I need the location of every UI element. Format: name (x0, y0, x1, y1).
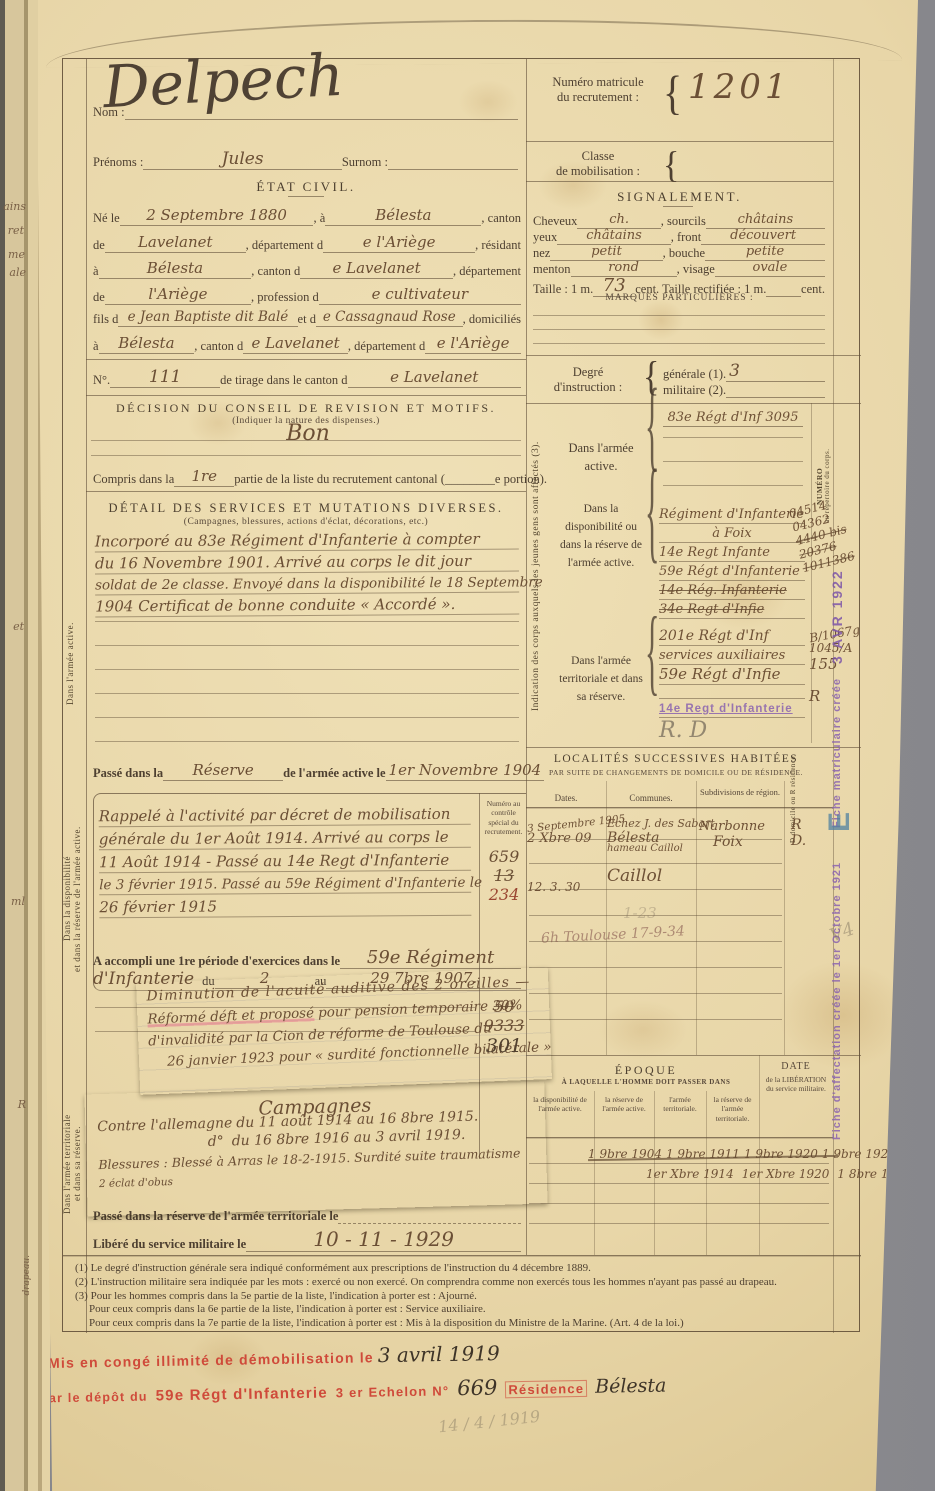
line (338, 1223, 521, 1224)
hand: 201e Régt d'Inf (659, 628, 769, 644)
line: 1re (174, 467, 234, 487)
line: e l'Ariège (425, 334, 521, 354)
printed: , domiciliés (463, 312, 521, 327)
printed: , résidant (475, 238, 521, 253)
printed: , département d (246, 238, 323, 253)
cell: Caillol (607, 866, 697, 886)
services-entry: Incorporé au 83e Régiment d'Infanterie à… (95, 528, 520, 618)
controle-number: 659 (483, 847, 525, 866)
ruled-line (95, 621, 519, 622)
hand: e cultivateur (372, 285, 468, 303)
printed: fils d (93, 312, 118, 327)
cell: R (791, 817, 821, 833)
hand: Bélesta (147, 259, 203, 277)
hand: 14e Rég. Infanterie (659, 583, 787, 598)
hand: l'Ariège (148, 285, 207, 303)
hand: Régiment d'Infanterie (659, 507, 804, 522)
line: 2 Septembre 1880 (120, 206, 314, 226)
stamp-hand-date: 3 avril 1919 (378, 1341, 500, 1367)
ep-header-rule (526, 1137, 833, 1139)
footnote-3: (3) Pour les hommes compris dans la 5e p… (75, 1290, 835, 1304)
line: e l'Ariège (323, 233, 475, 253)
prev-page-fragment: et (13, 620, 24, 633)
printed: Libéré du service militaire le (93, 1237, 246, 1252)
printed: Né le (93, 211, 120, 226)
marques-label: MARQUES PARTICULIÈRES : (526, 293, 833, 303)
hand-line: du 16 Novembre 1901. Arrivé au corps le … (95, 552, 471, 573)
periode-row1: A accompli une 1re période d'exercices d… (93, 947, 521, 969)
hand: 111 (149, 367, 181, 387)
brace: { (645, 449, 659, 578)
etat-line6: à Bélesta , canton d e Lavelanet , dépar… (93, 334, 521, 354)
etat-line4: de l'Ariège , profession d e cultivateur (93, 285, 521, 305)
line: e Lavelanet (348, 368, 521, 388)
brace: { (645, 600, 659, 709)
cell: 1er Xbre 1914 (646, 1167, 734, 1181)
footnote-1: (1) Le degré d'instruction générale sera… (75, 1262, 835, 1276)
campagnes-note: Campagnes Contre l'allemagne du 11 août … (84, 1082, 547, 1217)
rule (526, 1055, 861, 1056)
hand: ch. (609, 212, 629, 227)
printed: de l'armée active le (283, 766, 385, 781)
rule (526, 141, 833, 142)
etat-civil-title: ÉTAT CIVIL. (86, 179, 526, 195)
hand-line: 1904 Certificat de bonne conduite « Acco… (95, 595, 455, 616)
hand: châtains (738, 212, 794, 227)
line (726, 397, 825, 398)
ruled-line (95, 645, 519, 646)
hand-line: 11 Août 1914 - Passé au 14e Regt d'Infan… (99, 851, 449, 871)
hand-line: générale du 1er Août 1914. Arrivé au cor… (99, 828, 449, 848)
printed: Passé dans la (93, 766, 163, 781)
ep-col4: la réserve de l'armée territoriale. (708, 1095, 757, 1123)
tirage-row: N°. 111 de tirage dans le canton d e Lav… (93, 367, 521, 388)
ruled-line (95, 741, 519, 742)
loc-col-line (784, 781, 785, 1055)
pencil-date: 14 / 4 / 1919 (437, 1407, 541, 1437)
hand-line: soldat de 2e classe. Envoyé dans la disp… (95, 574, 543, 593)
epoque-values-row2: 1er Xbre 1914 1er Xbre 1920 1 8bre 1926 (646, 1167, 846, 1181)
line: e Jean Baptiste dit Balé (118, 309, 297, 327)
loc-line (529, 967, 782, 968)
prev-page-fragment: drapeau. (22, 1255, 32, 1296)
ruled-line (91, 455, 521, 456)
loc-line (529, 1019, 782, 1020)
printed: , département d (348, 339, 425, 354)
title-underline (663, 206, 693, 207)
stamp-text: par le dépôt du (40, 1390, 148, 1406)
margin-stamps: Fiche d'affectation créée le 1er Octobre… (828, 240, 846, 1140)
loc-header-rule (526, 807, 833, 809)
printed: de (93, 290, 105, 305)
rule (526, 181, 833, 182)
cell: Foix (699, 834, 783, 850)
corps-active-label: Dans l'armée active. (555, 439, 647, 475)
corps-side-label: Indication des corps auxquels les jeunes… (531, 411, 541, 741)
section-rule (86, 359, 526, 360)
hand-line: le 3 février 1915. Passé au 59e Régiment… (99, 875, 482, 894)
matriculaire-stamp: Fiche matriculaire créée (831, 678, 843, 828)
name-signature: Delpech (103, 47, 344, 115)
ruled-line (533, 315, 825, 316)
hand: 59e Régt d'Infie (659, 665, 781, 683)
controle-number: 9333 (483, 1016, 525, 1035)
sidebar-territoriale-label2: et dans sa réserve. (72, 1089, 82, 1239)
matricule-label: Numéro matricule du recrutement : (533, 75, 663, 105)
sidebar-disponibilite-label1: Dans la disponibilité (62, 799, 72, 999)
line: Réserve (163, 761, 283, 781)
line: 10 - 11 - 1929 (246, 1227, 521, 1252)
ruled-line (663, 437, 803, 438)
classe-label: Classe de mobilisation : (533, 149, 663, 179)
ep-line (529, 1183, 829, 1184)
printed: N°. (93, 373, 110, 388)
hand: Réserve (193, 761, 254, 779)
cell: 12. 3. 30 (527, 880, 605, 894)
regiment-stamp: 14e Regt d'Infanterie (659, 703, 793, 715)
printed: de tirage dans le canton d (220, 373, 347, 388)
prev-page-fragment: R (18, 1098, 26, 1111)
printed: , canton d (194, 339, 243, 354)
ruled-line (95, 669, 519, 670)
etat-line1: Né le 2 Septembre 1880 , à Bélesta , can… (93, 206, 521, 226)
services-subtitle: (Campagnes, blessures, actions d'éclat, … (86, 517, 526, 527)
pencil-note: R. D (659, 718, 707, 743)
hand: ovale (753, 260, 788, 275)
ep-col2: la réserve de l'armée active. (596, 1095, 652, 1114)
line: Bélesta (325, 206, 481, 226)
hand: petite (746, 244, 784, 259)
ep-line (529, 1203, 829, 1204)
sidebar-disponibilite-label2: et dans la réserve de l'armée active. (72, 799, 82, 999)
name-line (125, 119, 518, 120)
surname-label: Surnom : (342, 155, 388, 170)
loc-line (529, 839, 782, 840)
line: 3 (726, 361, 825, 382)
controle-numbers: 659 13 234 (483, 847, 525, 904)
corps-active-entry: 83e Régt d'Inf 3095 (663, 409, 803, 427)
printed: , canton (481, 211, 521, 226)
hand: services auxiliaires (659, 648, 785, 663)
hand: 14e Regt Infante (659, 545, 770, 560)
printed: générale (1). (663, 367, 726, 382)
hand: 1er Novembre 1904 (389, 761, 542, 779)
note-line: 2 éclat d'obus (99, 1176, 173, 1190)
services-title: DÉTAIL DES SERVICES ET MUTATIONS DIVERSE… (86, 501, 526, 516)
date-stamp: 3 AVR 1922 (829, 569, 845, 664)
hand: 1re (191, 467, 217, 485)
rappele-entry: Rappelé à l'activité par décret de mobil… (99, 802, 472, 919)
line: Bélesta (99, 259, 252, 279)
ep-col3: l'armée territoriale. (656, 1095, 704, 1114)
loc-header-dates: Dates. (529, 793, 603, 804)
footnote-5: Pour ceux compris dans la 7e partie de l… (89, 1317, 835, 1331)
ep-line (529, 1223, 829, 1224)
hand: 59e Régiment (367, 947, 494, 968)
section-rule (86, 395, 526, 396)
line: e Cassagnaud Rose (316, 309, 463, 327)
controle-number: 50 (483, 997, 525, 1016)
controle-number: 234 (483, 885, 525, 904)
hand-line: 26 février 1915 (99, 897, 217, 916)
cell: Echez J. des Sabart (607, 817, 697, 830)
decision-title: DÉCISION DU CONSEIL DE REVISION ET MOTIF… (86, 401, 526, 416)
cell: Narbonne (699, 819, 783, 834)
ep-col-line (594, 1091, 595, 1255)
etat-line2: de Lavelanet , département d e l'Ariège … (93, 233, 521, 253)
controle-number: 13 (483, 866, 525, 885)
prev-page-fragment: ret (8, 224, 24, 237)
epoque-title: ÉPOQUE (526, 1063, 766, 1078)
instruction-label: Degré d'instruction : (533, 365, 643, 395)
note-line: Blessures : (98, 1155, 168, 1172)
cell: D. (791, 833, 821, 849)
printed: partie de la liste du recrutement canton… (234, 472, 547, 487)
compris-row: Compris dans la 1re partie de la liste d… (93, 467, 521, 487)
stamp-hand-number: 669 (457, 1375, 498, 1400)
cell: hameau Caillol (607, 843, 697, 854)
affectation-stamp: Fiche d'affectation créée le 1er Octobre… (831, 862, 843, 1140)
hand: e Lavelanet (390, 368, 478, 386)
controle-numbers-2: 50 9333 301 (483, 997, 525, 1057)
corps-dispo-label: Dans la disponibilité ou dans la réserve… (555, 499, 647, 571)
scanned-document: ains ret me ale et ml R drapeau. Nom : (0, 0, 935, 1491)
hand: petit (591, 244, 622, 259)
instruction-militaire-row: militaire (2). (663, 383, 825, 398)
etat-line3: à Bélesta , canton d e Lavelanet , dépar… (93, 259, 521, 279)
hand: Lavelanet (138, 233, 213, 251)
line: e cultivateur (319, 285, 521, 305)
hand: 34e Regt d'Infie (659, 602, 764, 617)
loc-header-communes: Communes. (609, 793, 693, 804)
ruled-line (95, 717, 519, 718)
hand: Bélesta (118, 334, 174, 352)
epoque-date-sub: de la LIBÉRATION du service militaire. (763, 1075, 829, 1094)
matricule-value: 1201 (688, 67, 791, 107)
loc-subdivs: Narbonne Foix (699, 819, 783, 850)
printed: A accompli une 1re période d'exercices d… (93, 954, 340, 969)
stamp-text: 3 er Echelon N° (336, 1383, 450, 1400)
printed: , canton d (251, 264, 300, 279)
cell: 1er Xbre 1920 (742, 1167, 830, 1181)
line: l'Ariège (105, 285, 251, 305)
note-line-underlined: Réformé déft et proposé (147, 1005, 314, 1027)
loc-line (529, 863, 782, 864)
brace: { (663, 64, 682, 120)
controle-number: 301 (483, 1035, 525, 1057)
printed: , département (453, 264, 521, 279)
hand-line: Rappelé à l'activité par décret de mobil… (99, 805, 451, 825)
line: e Lavelanet (300, 259, 453, 279)
prev-page-fragment: ml (11, 895, 25, 908)
hand: 2 Septembre 1880 (146, 206, 287, 224)
hand: 59e Régt d'Infanterie (659, 564, 800, 579)
hand: e Cassagnaud Rose (323, 309, 456, 325)
footnote-separator (63, 1255, 861, 1257)
printed: de (93, 238, 105, 253)
cell: 1 9bre 1920 (744, 1147, 818, 1161)
ruled-line (533, 343, 825, 344)
footnote-4: Pour ceux compris dans la 6e partie de l… (89, 1303, 835, 1317)
epoque-subtitle: À LAQUELLE L'HOMME DOIT PASSER DANS (526, 1078, 766, 1086)
stamp-text: 59e Régt d'Infanterie (156, 1384, 328, 1404)
hand-line: Incorporé au 83e Régiment d'Infanterie à… (95, 530, 480, 551)
ruled-line (91, 440, 521, 441)
line: 59e Régiment (340, 947, 521, 969)
passe-reserve-row: Passé dans la Réserve de l'armée active … (93, 761, 521, 781)
surname-line (388, 169, 518, 170)
hand: à Foix (712, 526, 752, 541)
hand: e Jean Baptiste dit Balé (128, 309, 289, 325)
stamp-hand-residence: Bélesta (595, 1375, 667, 1398)
corps-terr-label: Dans l'armée territoriale et dans sa rés… (555, 651, 647, 705)
line: 1er Novembre 1904 (386, 761, 545, 781)
line: 83e Régt d'Inf 3095 (663, 409, 803, 427)
prev-page-fragment: ale (9, 266, 26, 279)
hand: e l'Ariège (437, 334, 510, 352)
loc-dr-values: R D. (791, 817, 821, 849)
hand: e Lavelanet (251, 334, 339, 352)
printed: , à (313, 211, 325, 226)
signalement-title: SIGNALEMENT. (526, 189, 833, 205)
hand: Bélesta (375, 206, 431, 224)
libere-row: Libéré du service militaire le 10 - 11 -… (93, 1227, 521, 1252)
stamp-text: Résidence (505, 1380, 587, 1398)
hand: châtains (586, 228, 642, 243)
title-underline (288, 196, 324, 197)
hand: 10 - 11 - 1929 (313, 1227, 454, 1251)
instruction-generale-row: générale (1). 3 (663, 361, 825, 382)
section-rule (86, 491, 526, 492)
ruled-line (663, 485, 803, 486)
ruled-line (663, 461, 803, 462)
note-line: d° (208, 1134, 224, 1150)
blue-e-mark: E (823, 812, 857, 832)
loc-line (529, 889, 782, 890)
firstname-value: Jules (222, 149, 264, 169)
hand: 83e Régt d'Inf 3095 (668, 410, 799, 425)
printed: militaire (2). (663, 383, 726, 398)
sidebar-territoriale-label1: Dans l'armée territoriale (62, 1089, 72, 1239)
hand: rond (608, 260, 639, 275)
numero-controle-header: Numéro au contrôle spécial du recrutemen… (481, 799, 526, 837)
loc-communes: Echez J. des Sabart Bélesta hameau Caill… (607, 817, 697, 886)
loc-line (529, 993, 782, 994)
firstname-line: Jules (143, 149, 341, 170)
line: e Lavelanet (243, 334, 348, 354)
epoque-date-header: DATE (763, 1061, 829, 1074)
line: 111 (110, 367, 220, 388)
corps-dispo-entries: Régiment d'Infanterie à Foix 14e Regt In… (659, 505, 805, 619)
hand: e l'Ariège (363, 233, 436, 251)
prev-page-fragment: me (8, 248, 25, 261)
pencil-note: 1-23 (623, 904, 657, 922)
rule (526, 747, 861, 748)
document-page: Nom : Delpech Prénoms : Jules Surnom : É… (38, 0, 918, 1491)
footnote-2: (2) L'instruction militaire sera indiqué… (75, 1276, 835, 1290)
hand: 3 (729, 361, 740, 381)
demob-stamp-line2: par le dépôt du 59e Régt d'Infanterie 3 … (40, 1373, 667, 1408)
rule (526, 355, 861, 356)
corps-terr-entries: 201e Régt d'Inf services auxiliaires 59e… (659, 627, 805, 743)
sidebar-armee-active-label: Dans l'armée active. (65, 559, 75, 769)
localites-title: LOCALITÉS SUCCESSIVES HABITÉES (526, 753, 826, 765)
prev-page-fragment: ains (3, 200, 26, 213)
printed: , profession d (251, 290, 319, 305)
line: Bélesta (99, 334, 195, 354)
ruled-line (95, 693, 519, 694)
printed: et d (298, 312, 316, 327)
decision-value: Bon (263, 421, 353, 446)
etat-line5: fils d e Jean Baptiste dit Balé et d e C… (93, 309, 521, 327)
ep-line (529, 1163, 829, 1164)
stamp-text: Mis en congé illimité de démobilisation … (48, 1349, 374, 1371)
loc-header-subdiv: Subdivisions de région. (699, 787, 781, 798)
hand: découvert (730, 228, 796, 243)
line: Lavelanet (105, 233, 246, 253)
cell: 1 8bre 1926 (837, 1167, 911, 1181)
ruled-line (533, 329, 825, 330)
hand: e Lavelanet (333, 259, 421, 277)
loc-dates: 3 Septembre 1905 2 Xbre 09 12. 3. 30 (527, 819, 605, 894)
pencil-note: 6h Toulouse 17-9-34 (541, 923, 686, 947)
localites-subtitle: PAR SUITE DE CHANGEMENTS DE DOMICILE OU … (526, 768, 826, 777)
footnotes: (1) Le degré d'instruction générale sera… (75, 1262, 835, 1331)
firstname-row: Prénoms : Jules Surnom : (93, 149, 518, 170)
demob-stamp-line1: Mis en congé illimité de démobilisation … (48, 1341, 500, 1373)
firstname-label: Prénoms : (93, 155, 143, 170)
printed: Compris dans la (93, 472, 174, 487)
